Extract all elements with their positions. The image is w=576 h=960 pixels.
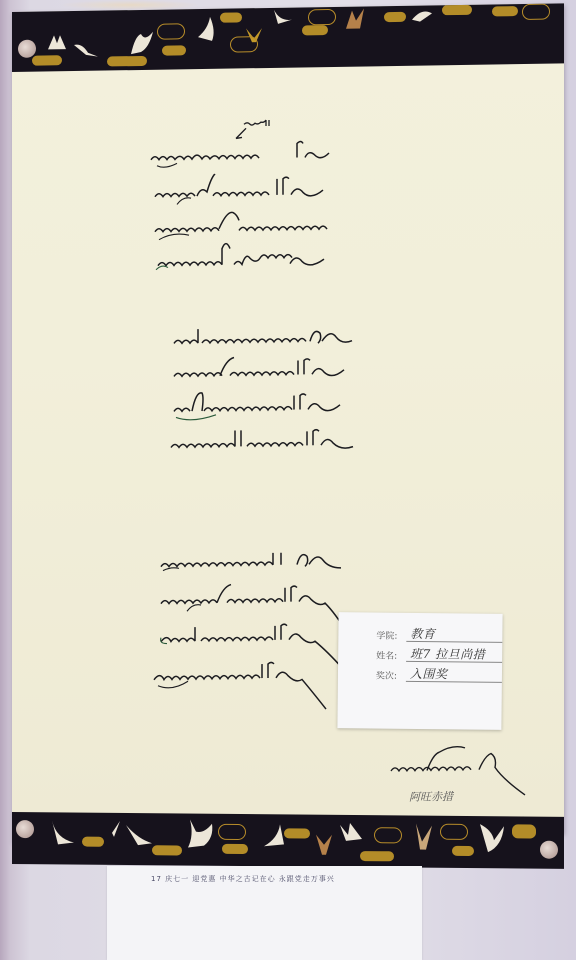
scroll-top-border xyxy=(12,3,564,72)
crane-motif-icon xyxy=(478,820,506,854)
crane-motif-icon xyxy=(338,821,364,843)
cloud-motif-icon xyxy=(374,827,402,843)
note-value: 教育 xyxy=(406,627,502,643)
cloud-motif-icon xyxy=(492,6,518,16)
crane-motif-icon xyxy=(184,818,218,852)
note-value: 班7 拉旦尚措 xyxy=(406,647,502,663)
cloud-motif-icon xyxy=(452,846,474,856)
note-label: 奖次: xyxy=(376,669,406,682)
cloud-motif-icon xyxy=(360,851,394,861)
crane-motif-icon xyxy=(104,819,122,839)
calligraphy-line xyxy=(152,239,347,278)
note-row-award: 奖次: 入围奖 xyxy=(376,667,502,683)
crane-motif-icon xyxy=(312,831,336,857)
caption-label: 17 庆七一 迎党惠 中华之古记在心 永跟党走万事兴 xyxy=(107,866,422,960)
cloud-motif-icon xyxy=(152,845,182,855)
crane-motif-icon xyxy=(270,8,294,26)
entry-sticky-note: 学院: 教育 姓名: 班7 拉旦尚措 奖次: 入围奖 xyxy=(337,612,502,730)
calligraphy-line xyxy=(147,135,337,174)
crane-motif-icon xyxy=(260,822,288,850)
calligraphy-line xyxy=(170,352,360,391)
cloud-motif-icon xyxy=(308,9,336,25)
cloud-motif-icon xyxy=(157,23,185,39)
note-row-name: 姓名: 班7 拉旦尚措 xyxy=(376,647,502,663)
crane-motif-icon xyxy=(410,5,434,23)
calligraphy-line xyxy=(170,387,360,426)
moon-motif-icon xyxy=(540,841,558,859)
scroll-bottom-border xyxy=(12,812,564,869)
calligraphy-line xyxy=(147,172,337,211)
calligraphy-line xyxy=(167,423,362,462)
cloud-motif-icon xyxy=(440,824,468,840)
cloud-motif-icon xyxy=(218,824,246,840)
crane-motif-icon xyxy=(48,818,78,846)
cloud-motif-icon xyxy=(522,4,550,20)
crane-motif-icon xyxy=(127,30,157,56)
cloud-motif-icon xyxy=(512,824,536,838)
cloud-motif-icon xyxy=(442,5,472,15)
moon-motif-icon xyxy=(16,820,34,838)
caption-text: 17 庆七一 迎党惠 中华之古记在心 永跟党走万事兴 xyxy=(151,874,335,884)
cloud-motif-icon xyxy=(384,12,406,22)
calligraphy-line xyxy=(150,655,340,714)
cloud-motif-icon xyxy=(32,55,62,65)
crane-motif-icon xyxy=(192,15,218,45)
cloud-motif-icon xyxy=(230,36,258,52)
crane-motif-icon xyxy=(412,821,436,851)
moon-motif-icon xyxy=(18,40,36,58)
crane-motif-icon xyxy=(342,6,368,30)
cloud-motif-icon xyxy=(220,12,242,22)
note-label: 姓名: xyxy=(376,649,406,662)
crane-motif-icon xyxy=(72,41,100,59)
note-label: 学院: xyxy=(376,629,406,642)
crane-motif-icon xyxy=(46,33,68,51)
chinese-signature: 阿旺赤措 xyxy=(409,788,453,805)
calligraphy-line xyxy=(157,542,347,581)
note-row-college: 学院: 教育 xyxy=(376,627,502,643)
crane-motif-icon xyxy=(124,823,154,847)
tibetan-signature xyxy=(387,739,527,806)
cloud-motif-icon xyxy=(222,844,248,854)
cloud-motif-icon xyxy=(302,25,328,35)
cloud-motif-icon xyxy=(82,837,104,847)
cloud-motif-icon xyxy=(284,828,310,838)
cloud-motif-icon xyxy=(107,56,147,67)
note-value: 入围奖 xyxy=(406,667,502,683)
cloud-motif-icon xyxy=(162,45,186,55)
